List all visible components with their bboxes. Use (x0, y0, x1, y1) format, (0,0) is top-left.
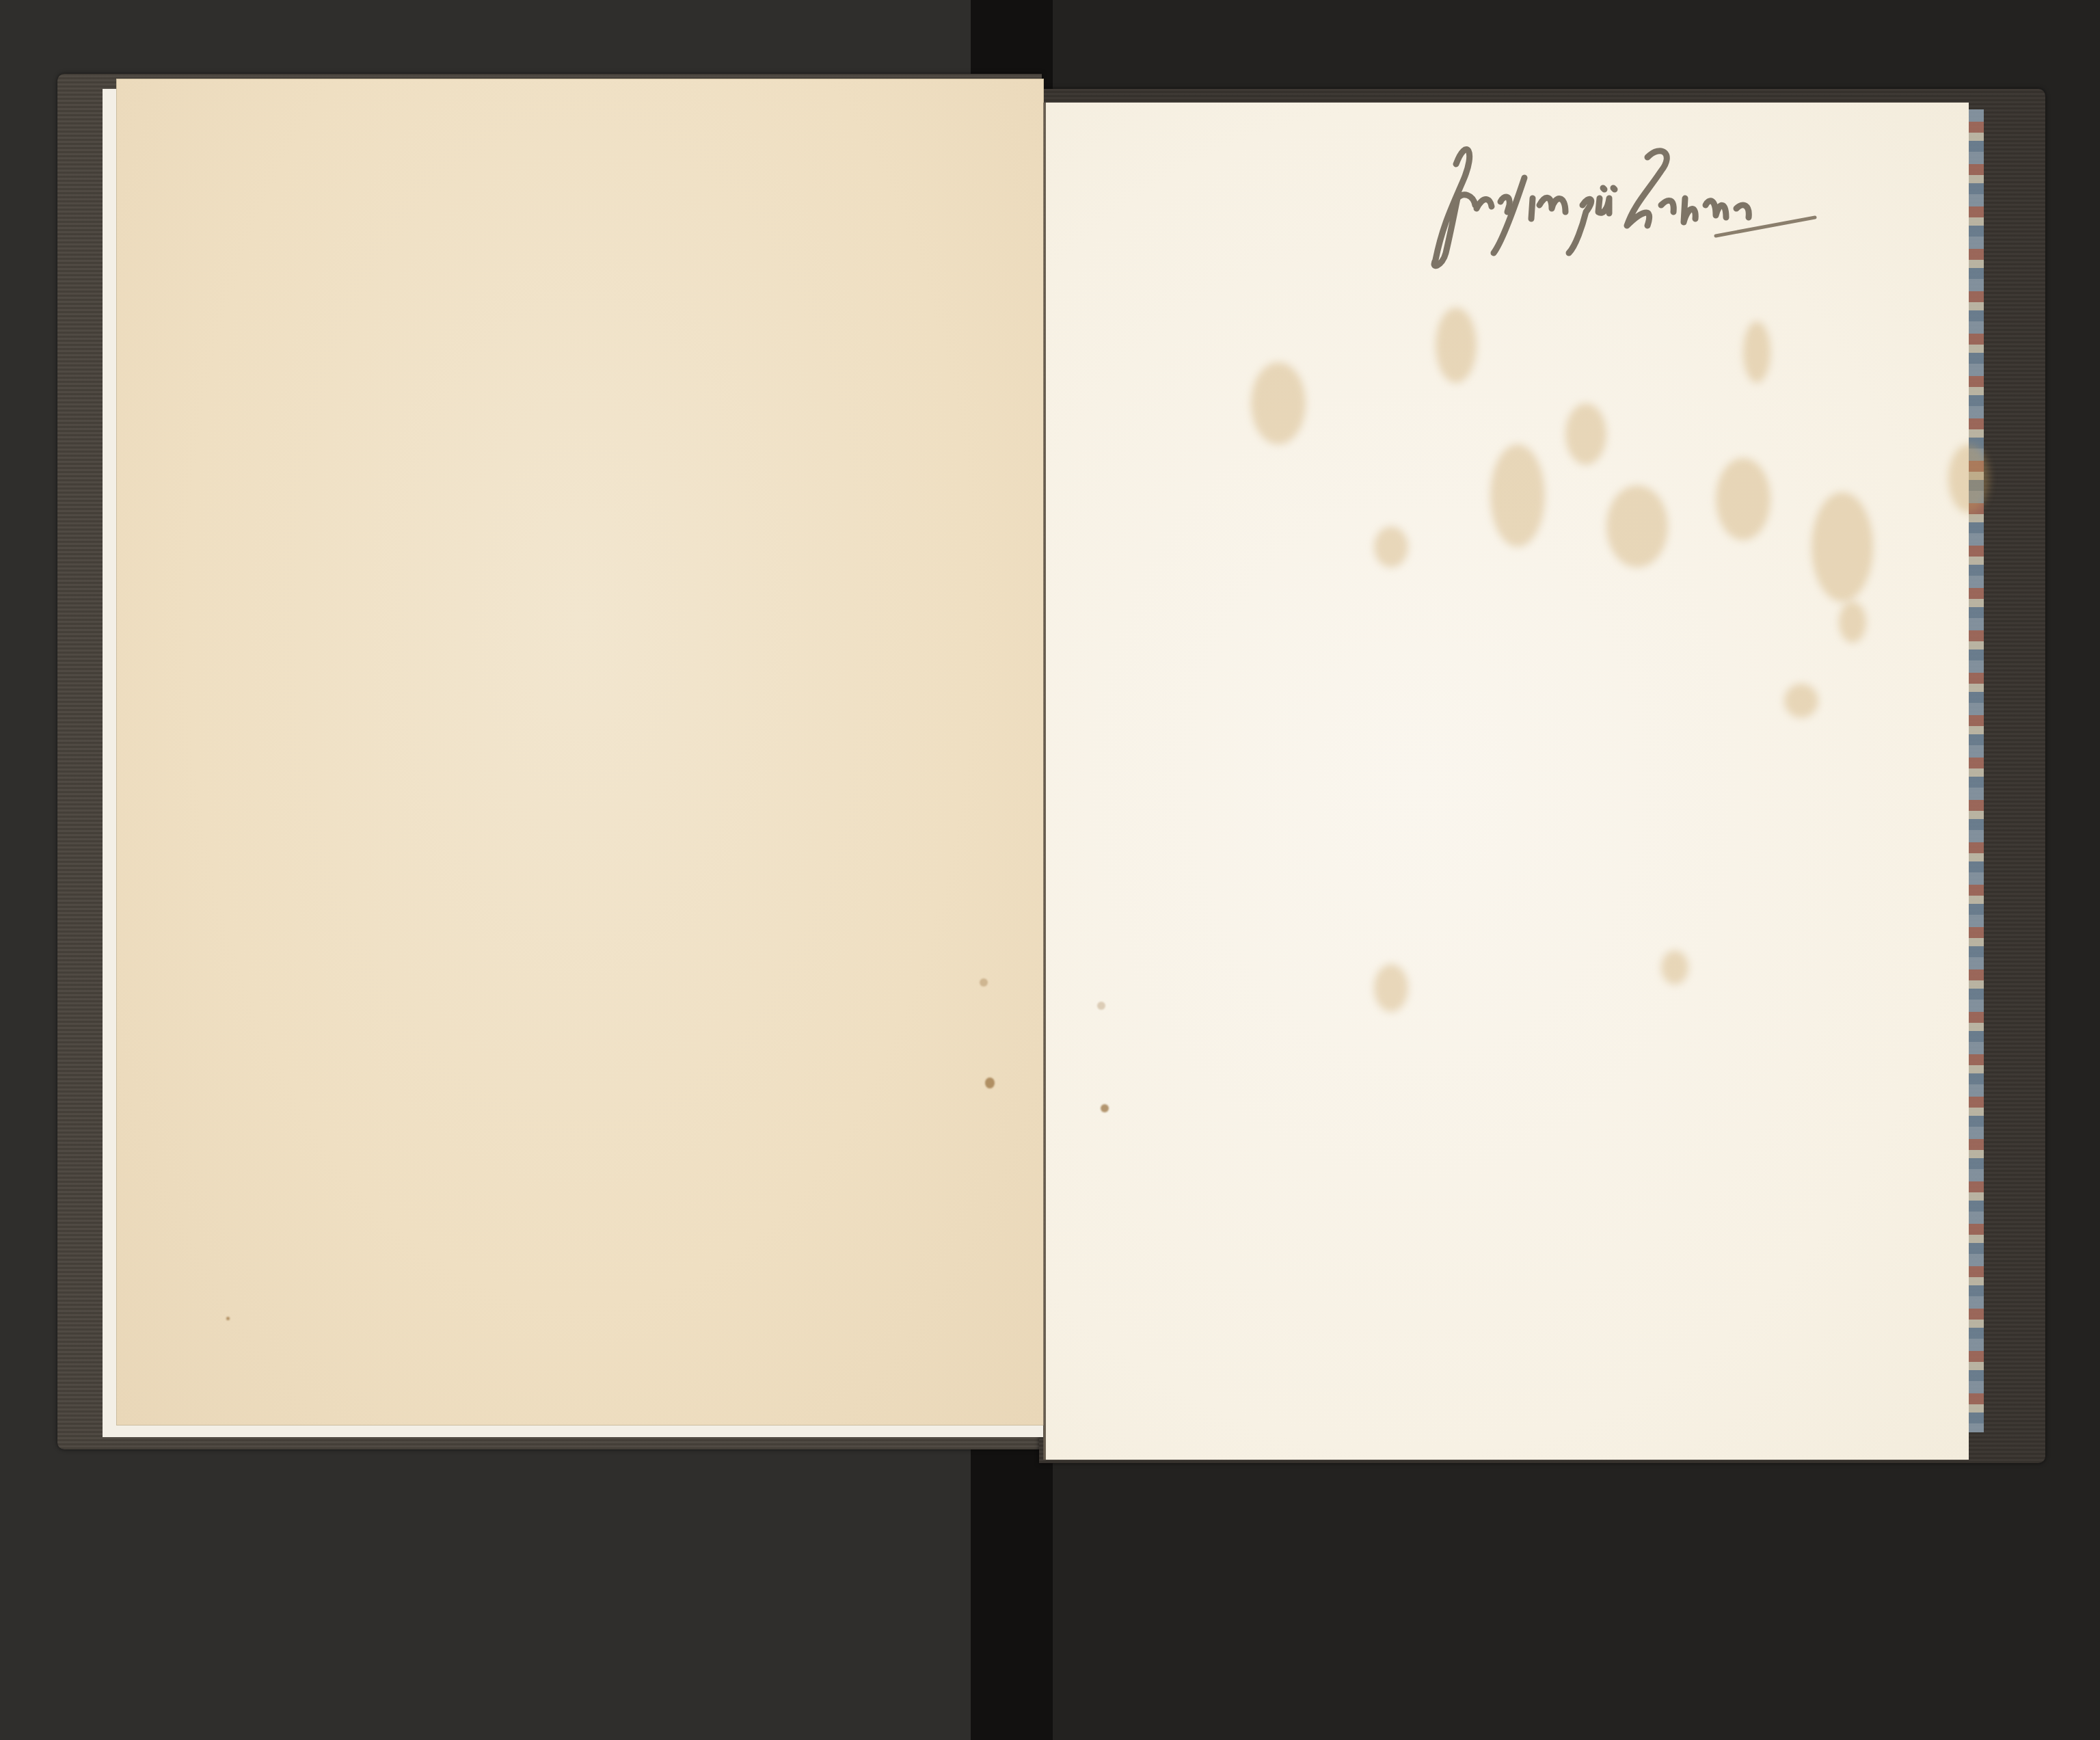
foxing-spot (226, 1317, 230, 1320)
gutter (1043, 103, 1045, 1460)
foxing-spot (985, 1078, 995, 1088)
foxing-spot (1101, 1104, 1109, 1112)
foxing-spot (1097, 1002, 1105, 1010)
foxing-stain (1661, 950, 1688, 985)
foxing-stain (1374, 964, 1408, 1012)
foxing-stain (1374, 526, 1408, 567)
foxing-stain (1716, 458, 1771, 540)
foxing-stain (1743, 321, 1771, 383)
foxing-stain (1490, 444, 1545, 547)
left-page (116, 79, 1044, 1426)
foxing-spot (980, 978, 988, 987)
foxing-stain (1606, 485, 1668, 567)
foxing-stain (1784, 684, 1818, 718)
handwritten-inscription: Gräfin zu Dohna (1415, 130, 1935, 280)
right-page (1045, 103, 1969, 1460)
marbled-fore-edge (1967, 109, 1984, 1432)
foxing-stain (1565, 403, 1606, 465)
foxing-stain (1251, 362, 1306, 444)
foxing-stain (1812, 492, 1873, 602)
foxing-stain (1948, 444, 1989, 513)
foxing-stain (1436, 308, 1477, 383)
foxing-stain (1839, 602, 1866, 643)
inscription-script-icon (1415, 130, 1935, 280)
